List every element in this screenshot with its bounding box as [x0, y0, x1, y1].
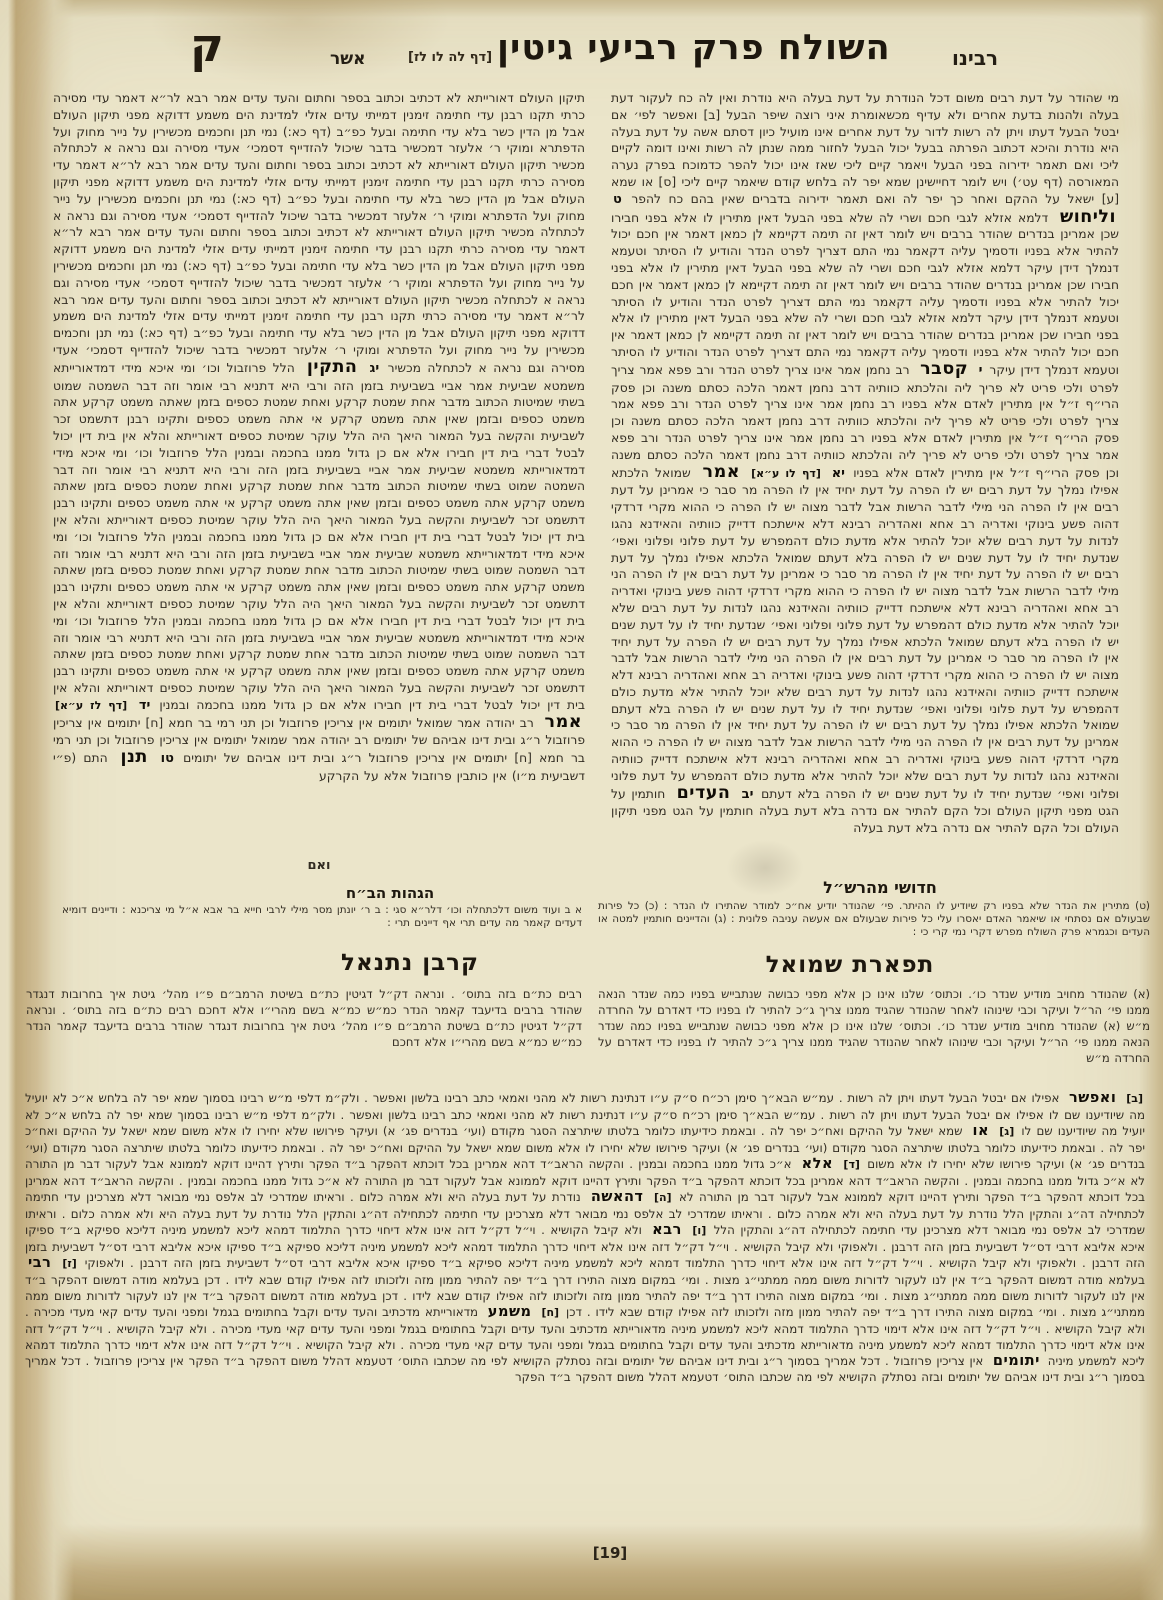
column-left-catchword: ואם: [53, 858, 585, 873]
bold-lead-word: וליחוש: [1048, 207, 1119, 227]
section-title-tiferet-shmuel: תפארת שמואל: [600, 952, 1100, 978]
bold-lead-word: דהאשה: [581, 1189, 647, 1205]
daf-inline-reference: [דף לז ע״א]: [53, 699, 129, 712]
daf-inline-reference: [ז]: [54, 1257, 78, 1270]
section-text-tiferet-shmuel: (א) שהנודר מחויב מודיע שנדר כו׳. וכתוס׳ …: [598, 986, 1150, 1084]
section-title-maharshal: חדושי מהרש״ל: [620, 878, 1140, 897]
bold-lead-word: קסבר: [910, 359, 972, 379]
bold-lead-word: רבא: [642, 1222, 685, 1238]
bold-lead-word: ואפשר: [1059, 1090, 1119, 1106]
section-text-bach: א ב ועוד משום דלכתחלה וכו׳ דלר״א סגי : ב…: [62, 904, 582, 944]
daf-inline-reference: [ח]: [534, 1306, 561, 1319]
bold-lead-word: רבי: [25, 1255, 54, 1271]
daf-inline-reference: [דף לו ע״א]: [743, 467, 823, 480]
header-rabbeinu: רבינו: [952, 46, 998, 70]
paragraph-numeral: יג: [360, 361, 381, 376]
paragraph-numeral: יד: [129, 698, 152, 713]
bold-lead-word: משמע: [478, 1304, 534, 1320]
bold-lead-word: התקין: [295, 357, 361, 377]
paragraph-numeral: טו: [151, 751, 176, 766]
main-text-columns: מי שהודר על דעת רבים משום דכל הנודרת על …: [53, 90, 1119, 878]
rosh-column-right: מי שהודר על דעת רבים משום דכל הנודרת על …: [611, 90, 1119, 878]
section-text-korban-netanel: רבים כת״ם בזה בתוס׳ . ונראה דק״ל דגיטין …: [26, 986, 582, 1084]
daf-inline-reference: [ג]: [992, 1125, 1016, 1138]
bold-lead-word: יתומים: [983, 1353, 1043, 1369]
section-title-bach: הגהות הב״ח: [190, 884, 590, 902]
rosh-column-left-wrap: תיקון העולם דאורייתא לא דכתיב וכתוב בספר…: [53, 90, 585, 878]
header-daf-reference: [דף לה לו לז]: [408, 50, 492, 65]
bold-lead-word: אמר: [691, 462, 743, 482]
rosh-column-left: תיקון העולם דאורייתא לא דכתיב וכתוב בספר…: [53, 90, 585, 858]
daf-inline-reference: [ד]: [836, 1158, 862, 1171]
korban-netanel-full-width-text: [ב] ואפשר אפילו אם יבטל הבעל דעתו ויתן ל…: [25, 1090, 1145, 1534]
daf-inline-reference: [ה]: [646, 1191, 673, 1204]
daf-inline-reference: [ב]: [1119, 1092, 1145, 1105]
header-asher: אשר: [330, 49, 366, 69]
section-text-maharshal: (ט) מתירין את הנדר שלא בפניו רק שיודיע ל…: [598, 900, 1150, 942]
bold-lead-word: אלא: [792, 1156, 837, 1172]
page-number: [19]: [555, 1544, 665, 1562]
section-title-korban-netanel: קרבן נתנאל: [200, 950, 620, 976]
scanned-page: רבינו השולח פרק רביעי גיטין [דף לה לו לז…: [0, 0, 1163, 1600]
bold-lead-word: או: [963, 1123, 992, 1139]
page-title: השולח פרק רביעי גיטין: [497, 28, 891, 68]
bold-lead-word: אמר: [534, 712, 585, 732]
bold-lead-word: תנן: [108, 747, 151, 767]
paragraph-numeral: יא: [823, 466, 847, 481]
folio-letter: ק: [190, 18, 224, 72]
paragraph-numeral: ט: [611, 192, 624, 207]
paragraph-numeral: יב: [733, 787, 755, 802]
daf-inline-reference: [ו]: [685, 1224, 708, 1237]
paragraph-numeral: י: [971, 363, 984, 378]
bold-lead-word: העדים: [665, 783, 733, 803]
